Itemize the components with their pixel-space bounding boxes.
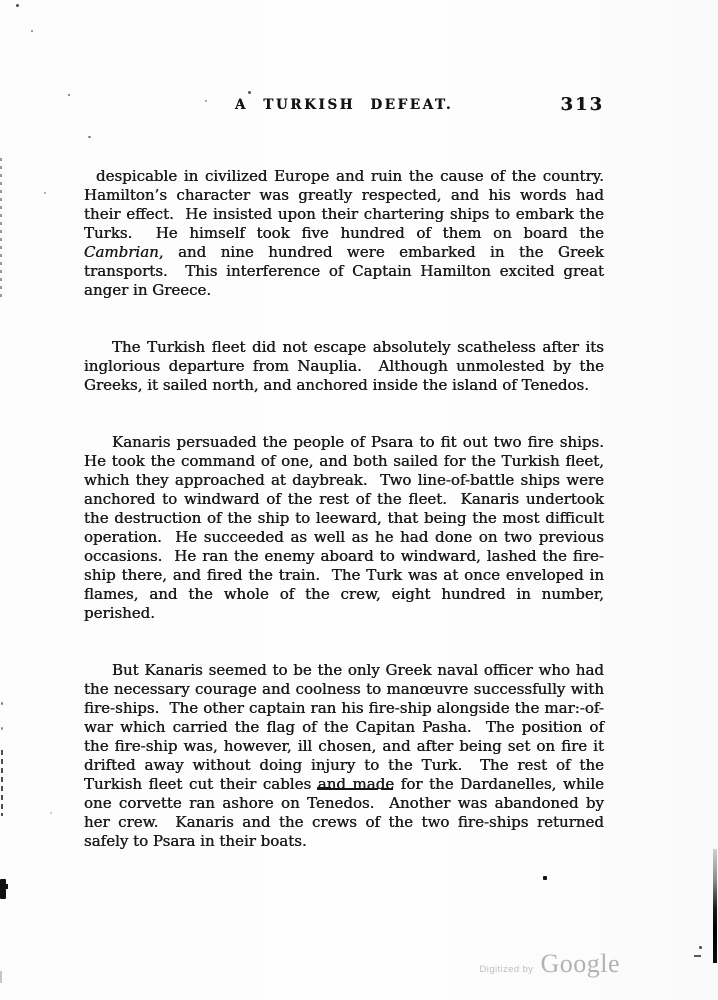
scan-speck bbox=[1, 727, 3, 730]
paragraph-text: , and nine hundred were embarked in the … bbox=[84, 243, 609, 299]
paragraph: But Kanaris seemed to be the only Greek … bbox=[84, 661, 604, 851]
page-edge-marks bbox=[0, 158, 2, 298]
scan-speck bbox=[68, 94, 70, 96]
section-divider bbox=[317, 787, 393, 792]
body-text: despicable in civilized Europe and ruin … bbox=[84, 129, 604, 889]
paragraph-text: despicable in civilized Europe and ruin … bbox=[84, 167, 614, 242]
scan-speck bbox=[694, 955, 701, 957]
scan-speck bbox=[50, 812, 52, 814]
digitized-by-label: Digitized by bbox=[480, 964, 534, 975]
scan-speck bbox=[31, 30, 33, 32]
scan-speck bbox=[699, 946, 702, 949]
page-number: 313 bbox=[560, 94, 604, 115]
scan-speck bbox=[205, 100, 207, 102]
scan-speck bbox=[248, 91, 251, 94]
page-header: A TURKISH DEFEAT. 313 bbox=[84, 97, 604, 117]
scan-speck bbox=[1, 702, 3, 705]
paragraph: despicable in civilized Europe and ruin … bbox=[84, 167, 604, 300]
running-title: A TURKISH DEFEAT. bbox=[84, 97, 604, 113]
page-edge-blot bbox=[0, 879, 6, 899]
scan-speck bbox=[88, 136, 91, 138]
divider-segment bbox=[329, 788, 378, 790]
google-logo: Google bbox=[540, 949, 620, 979]
page-edge-marks bbox=[1, 750, 3, 816]
scan-speck bbox=[44, 192, 46, 194]
scan-speck bbox=[543, 876, 547, 880]
ship-name-italic: Cambrian bbox=[84, 243, 159, 261]
page-edge-mark bbox=[0, 971, 2, 983]
book-page: A TURKISH DEFEAT. 313 despicable in civi… bbox=[0, 0, 718, 1000]
paragraph: Kanaris persuaded the people of Psara to… bbox=[84, 433, 604, 623]
digitized-watermark: Digitized by Google bbox=[480, 949, 620, 979]
scan-speck bbox=[16, 4, 19, 7]
divider-segment bbox=[381, 788, 393, 790]
binding-shadow-bar bbox=[713, 849, 717, 963]
paragraph: The Turkish fleet did not escape absolut… bbox=[84, 338, 604, 395]
